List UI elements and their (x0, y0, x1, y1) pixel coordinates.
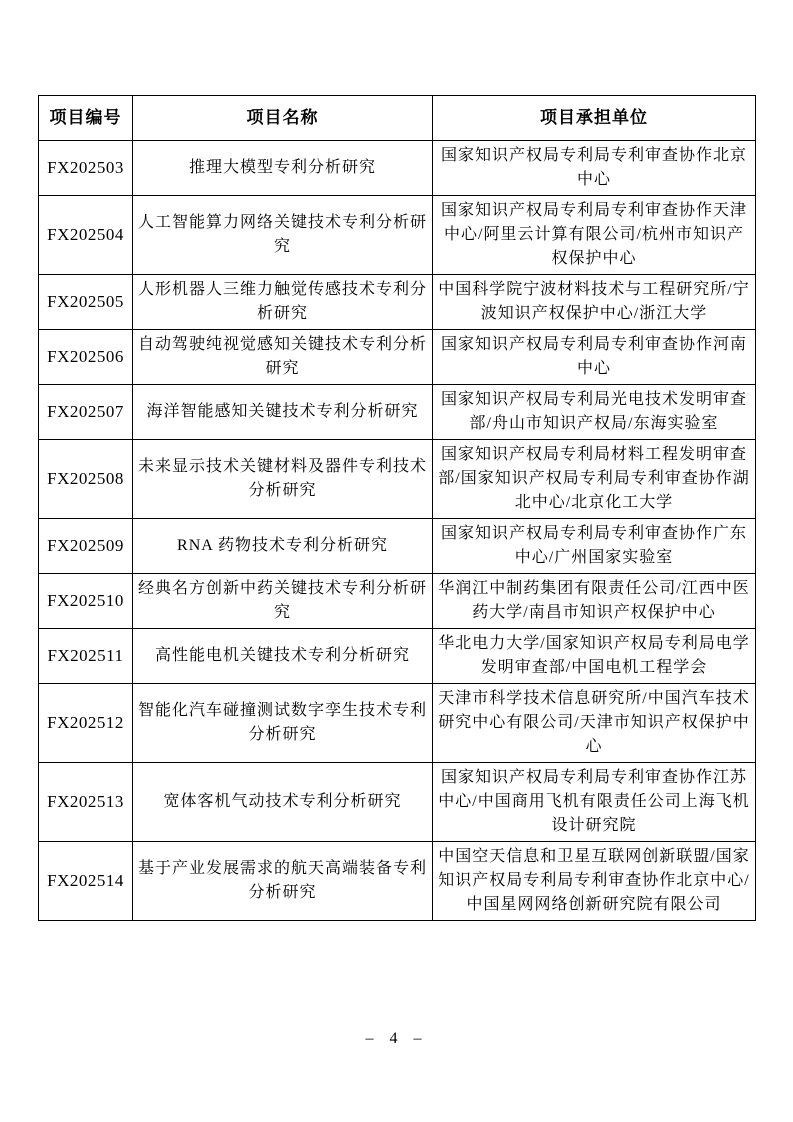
project-id-cell: FX202508 (39, 440, 133, 519)
project-name-cell: 人工智能算力网络关键技术专利分析研究 (133, 196, 433, 275)
project-org-cell: 国家知识产权局专利局专利审查协作广东中心/广州国家实验室 (433, 519, 756, 574)
col-header-project-org: 项目承担单位 (433, 96, 756, 141)
table-row: FX202504 人工智能算力网络关键技术专利分析研究 国家知识产权局专利局专利… (39, 196, 756, 275)
project-id-cell: FX202506 (39, 330, 133, 385)
table-row: FX202513 宽体客机气动技术专利分析研究 国家知识产权局专利局专利审查协作… (39, 763, 756, 842)
table-row: FX202509 RNA 药物技术专利分析研究 国家知识产权局专利局专利审查协作… (39, 519, 756, 574)
project-name-cell: 推理大模型专利分析研究 (133, 141, 433, 196)
table-row: FX202505 人形机器人三维力触觉传感技术专利分析研究 中国科学院宁波材料技… (39, 275, 756, 330)
project-org-cell: 天津市科学技术信息研究所/中国汽车技术研究中心有限公司/天津市知识产权保护中心 (433, 684, 756, 763)
project-id-cell: FX202503 (39, 141, 133, 196)
project-name-cell: 未来显示技术关键材料及器件专利技术分析研究 (133, 440, 433, 519)
table-row: FX202510 经典名方创新中药关键技术专利分析研究 华润江中制药集团有限责任… (39, 574, 756, 629)
project-org-cell: 国家知识产权局专利局专利审查协作江苏中心/中国商用飞机有限责任公司上海飞机设计研… (433, 763, 756, 842)
project-id-cell: FX202512 (39, 684, 133, 763)
page-number: – 4 – (0, 1030, 793, 1048)
project-id-cell: FX202514 (39, 842, 133, 921)
project-id-cell: FX202509 (39, 519, 133, 574)
document-page: 项目编号 项目名称 项目承担单位 FX202503 推理大模型专利分析研究 国家… (0, 0, 793, 1122)
project-name-cell: 基于产业发展需求的航天高端装备专利分析研究 (133, 842, 433, 921)
project-org-cell: 华北电力大学/国家知识产权局专利局电学发明审查部/中国电机工程学会 (433, 629, 756, 684)
project-id-cell: FX202505 (39, 275, 133, 330)
project-id-cell: FX202504 (39, 196, 133, 275)
project-org-cell: 国家知识产权局专利局专利审查协作北京中心 (433, 141, 756, 196)
project-name-cell: 智能化汽车碰撞测试数字孪生技术专利分析研究 (133, 684, 433, 763)
project-name-cell: 高性能电机关键技术专利分析研究 (133, 629, 433, 684)
project-id-cell: FX202513 (39, 763, 133, 842)
project-org-cell: 中国科学院宁波材料技术与工程研究所/宁波知识产权保护中心/浙江大学 (433, 275, 756, 330)
project-org-cell: 华润江中制药集团有限责任公司/江西中医药大学/南昌市知识产权保护中心 (433, 574, 756, 629)
project-org-cell: 国家知识产权局专利局专利审查协作河南中心 (433, 330, 756, 385)
project-id-cell: FX202511 (39, 629, 133, 684)
table-row: FX202503 推理大模型专利分析研究 国家知识产权局专利局专利审查协作北京中… (39, 141, 756, 196)
table-row: FX202511 高性能电机关键技术专利分析研究 华北电力大学/国家知识产权局专… (39, 629, 756, 684)
project-org-cell: 国家知识产权局专利局专利审查协作天津中心/阿里云计算有限公司/杭州市知识产权保护… (433, 196, 756, 275)
table-header-row: 项目编号 项目名称 项目承担单位 (39, 96, 756, 141)
project-name-cell: 海洋智能感知关键技术专利分析研究 (133, 385, 433, 440)
table-row: FX202507 海洋智能感知关键技术专利分析研究 国家知识产权局专利局光电技术… (39, 385, 756, 440)
project-name-cell: 自动驾驶纯视觉感知关键技术专利分析研究 (133, 330, 433, 385)
project-table: 项目编号 项目名称 项目承担单位 FX202503 推理大模型专利分析研究 国家… (38, 95, 756, 921)
table-row: FX202514 基于产业发展需求的航天高端装备专利分析研究 中国空天信息和卫星… (39, 842, 756, 921)
table-row: FX202506 自动驾驶纯视觉感知关键技术专利分析研究 国家知识产权局专利局专… (39, 330, 756, 385)
col-header-project-id: 项目编号 (39, 96, 133, 141)
project-org-cell: 国家知识产权局专利局材料工程发明审查部/国家知识产权局专利局专利审查协作湖北中心… (433, 440, 756, 519)
project-name-cell: 人形机器人三维力触觉传感技术专利分析研究 (133, 275, 433, 330)
project-name-cell: 经典名方创新中药关键技术专利分析研究 (133, 574, 433, 629)
table-row: FX202508 未来显示技术关键材料及器件专利技术分析研究 国家知识产权局专利… (39, 440, 756, 519)
project-name-cell: 宽体客机气动技术专利分析研究 (133, 763, 433, 842)
project-id-cell: FX202507 (39, 385, 133, 440)
project-table-body: FX202503 推理大模型专利分析研究 国家知识产权局专利局专利审查协作北京中… (39, 141, 756, 921)
col-header-project-name: 项目名称 (133, 96, 433, 141)
project-org-cell: 国家知识产权局专利局光电技术发明审查部/舟山市知识产权局/东海实验室 (433, 385, 756, 440)
project-name-cell: RNA 药物技术专利分析研究 (133, 519, 433, 574)
project-id-cell: FX202510 (39, 574, 133, 629)
table-row: FX202512 智能化汽车碰撞测试数字孪生技术专利分析研究 天津市科学技术信息… (39, 684, 756, 763)
project-org-cell: 中国空天信息和卫星互联网创新联盟/国家知识产权局专利局专利审查协作北京中心/中国… (433, 842, 756, 921)
